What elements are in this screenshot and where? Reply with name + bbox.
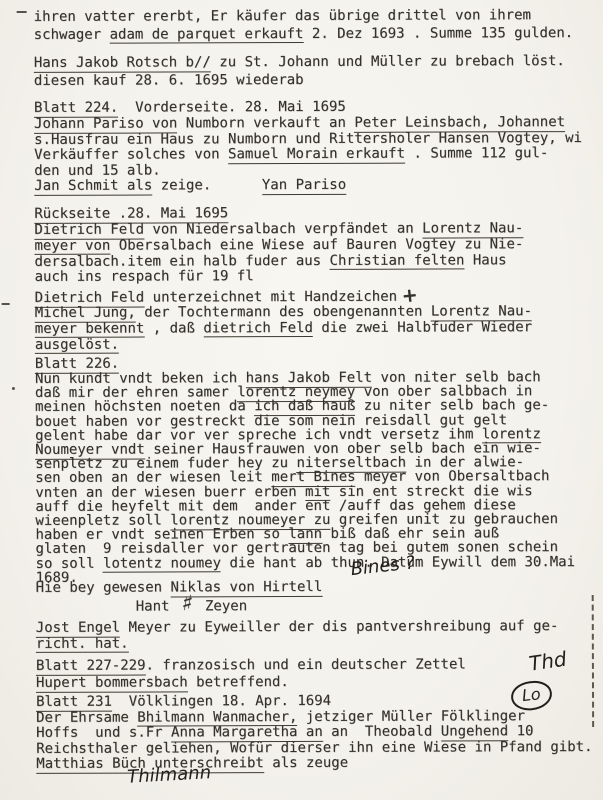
typed-text: Verkäuffer solches von: [34, 146, 228, 163]
entry-jung: Michel Jung, der Tochtermann des obengen…: [35, 304, 532, 353]
underlined-text: Hans Jakob Rotsch b//: [34, 54, 211, 72]
typed-text: Obersalbach eine Wiese auf Bauren Vogtey…: [110, 236, 523, 253]
text-line: Hie bey gewesen Niklas von Hirtell: [36, 579, 323, 596]
handwritten-mark: ♯: [181, 599, 193, 611]
typed-text: dersalbach.item ein halb fuder aus: [34, 252, 329, 269]
text-line: Verkäuffer solches von Samuel Morain erk…: [34, 146, 582, 163]
text-line: Blatt 226.: [35, 357, 119, 372]
text-line: Matthias Büch unterschreibt als zeuge: [36, 755, 592, 772]
text-line: Hupert bommersbach betreffend.: [36, 673, 466, 692]
entry-blatt-231: Blatt 231 Völklingen 18. Apr. 1694Der Eh…: [36, 693, 593, 772]
entry-jost-engel: Jost Engel Meyer zu Eyweiller der dis pa…: [36, 619, 559, 652]
margin-dash-left: [2, 303, 10, 305]
text-line: diesen kauf 28. 6. 1695 wiederab: [34, 71, 565, 90]
typed-text: den und 15 alb.: [34, 162, 160, 178]
typed-text: . Summe 112 gul-: [405, 145, 548, 162]
text-line: auch ins respach für 19 fl: [35, 269, 524, 287]
document-page: ihren vatter ererbt, Er käufer das übrig…: [0, 0, 603, 800]
margin-dash-top-left: [17, 11, 27, 13]
typed-text: der Tochtermann des obengenannten: [136, 304, 431, 321]
text-line: meyer bekennt , daß dietrich Feld die zw…: [35, 320, 532, 338]
heading-blatt-226: Blatt 226.: [35, 357, 119, 372]
entry-zeugen-pariso: Jan Schmit als zeige. Yan Pariso: [34, 177, 346, 194]
annotation-thilmann: Thilmann: [127, 762, 212, 788]
underlined-text: Hupert bommersbach: [36, 674, 188, 692]
entry-blatt-226-text: Nun kundt vndt beken ich hans Jakob Felt…: [35, 370, 575, 585]
underlined-text: ausgelöst.: [35, 336, 119, 354]
typed-text: Haus: [464, 252, 506, 268]
typed-text: Hie bey gewesen: [36, 579, 171, 595]
typed-text: 2. Dez 1693 . Summe 135 gulden.: [303, 25, 573, 42]
typed-text: auch ins respach für 19 fl: [35, 269, 254, 286]
typed-text: 10: [508, 723, 533, 739]
typed-text: Hant: [136, 598, 178, 614]
typed-text: Vorderseite. 28. Mai 1695: [118, 99, 346, 116]
text-line: Rückseite .28. Mai 1695: [34, 205, 228, 222]
underlined-text: Yan Pariso: [262, 177, 346, 195]
entry-ererbt: ihren vatter ererbt, Er käufer das übrig…: [34, 7, 574, 44]
typed-text: jetziger Müller Fölklinger: [297, 708, 525, 725]
entry-hant-zeyen: Hant ♯ Zeyen: [136, 598, 247, 614]
text-line: Jost Engel Meyer zu Eyweiller der dis pa…: [36, 619, 559, 636]
typed-text: Reichsthaler geliehen, Wofür dierser ihn…: [36, 738, 592, 756]
typed-text: als zeuge: [264, 755, 348, 771]
heading-rueckseite: Rückseite .28. Mai 1695: [34, 205, 228, 222]
text-line: so soll lotentz noumey die hant ab thun.…: [36, 555, 576, 571]
entry-hie-bey: Hie bey gewesen Niklas von Hirtell: [36, 579, 323, 596]
typed-text: an Theobald: [323, 724, 441, 740]
text-line: Blatt 224. Vorderseite. 28. Mai 1695: [34, 99, 346, 116]
text-line: schwager adam de parquet erkauft 2. Dez …: [34, 25, 574, 44]
typed-text: Der Ehrsame: [36, 709, 137, 725]
text-line: Blatt 227-229. franzosisch und ein deuts…: [36, 656, 466, 675]
typed-text: , daß: [144, 320, 203, 336]
text-line: Hant ♯ Zeyen: [136, 598, 247, 614]
typed-text: Numborn verkauft an: [177, 115, 354, 132]
underlined-text: Samuel Morain erkauft: [228, 146, 405, 164]
typed-text: Meyer zu Eyweiller der dis pantvershreib…: [120, 618, 558, 636]
text-line: dersalbach.item ein halb fuder aus Chris…: [34, 253, 523, 271]
underlined-text: Christian felten: [330, 252, 465, 270]
entry-feld: Dietrich Feld von Niedersalbach verpfänd…: [34, 221, 523, 286]
typed-text: Völklingen 18. Apr. 1694: [112, 693, 331, 710]
underlined-text: meyer bekennt: [35, 320, 145, 338]
underlined-text: Jan Schmit als: [34, 178, 152, 196]
margin-dashed-line-right: [592, 595, 594, 727]
entry-rotsch: Hans Jakob Rotsch b// zu St. Johann und …: [34, 53, 565, 90]
typed-text: zu St. Johann und Müller zu brebach löst…: [211, 53, 565, 70]
heading-blatt-224: Blatt 224. Vorderseite. 28. Mai 1695: [34, 99, 346, 116]
text-line: richt. hat.: [36, 635, 559, 652]
text-line: ausgelöst.: [35, 336, 532, 354]
text-line: ihren vatter ererbt, Er käufer das übrig…: [34, 7, 574, 26]
typed-text: schwager: [34, 26, 110, 42]
entry-blatt-227-229: Blatt 227-229. franzosisch und ein deuts…: [36, 656, 466, 692]
underlined-text: richt. hat.: [36, 635, 129, 653]
entry-pariso: Johann Pariso von Numborn verkauft an Pe…: [34, 115, 582, 179]
typed-text: . franzosisch und ein deutscher Zettel: [145, 656, 465, 673]
underlined-text: adam de parquet erkauft: [110, 25, 304, 43]
typed-text: Zeyen: [197, 598, 248, 614]
underlined-text: Blatt 227-229: [36, 658, 146, 676]
typed-text: ihren vatter ererbt, Er käufer das übrig…: [34, 7, 531, 25]
text-line: Jan Schmit als zeige. Yan Pariso: [34, 177, 346, 194]
typed-text: betreffend.: [188, 674, 289, 690]
typed-text: Hoffs und s.Fr: [36, 724, 171, 740]
typed-text: die zwei Halbfuder Wieder: [313, 319, 532, 336]
handwritten-mark: +: [401, 287, 419, 305]
text-line: Hans Jakob Rotsch b// zu St. Johann und …: [34, 53, 565, 72]
document-text-area: ihren vatter ererbt, Er käufer das übrig…: [0, 0, 603, 800]
annotation-thd: Thd: [527, 647, 568, 676]
typed-text: diesen kauf 28. 6. 1695 wiederab: [34, 71, 304, 88]
underlined-text: lotentz noumey: [103, 555, 221, 573]
margin-dot-left: [12, 387, 15, 390]
underlined-text: dietrich Feld: [203, 320, 313, 338]
typed-text: von Niedersalbach verpfändet an: [144, 221, 422, 238]
typed-text: zeige.: [152, 177, 262, 193]
